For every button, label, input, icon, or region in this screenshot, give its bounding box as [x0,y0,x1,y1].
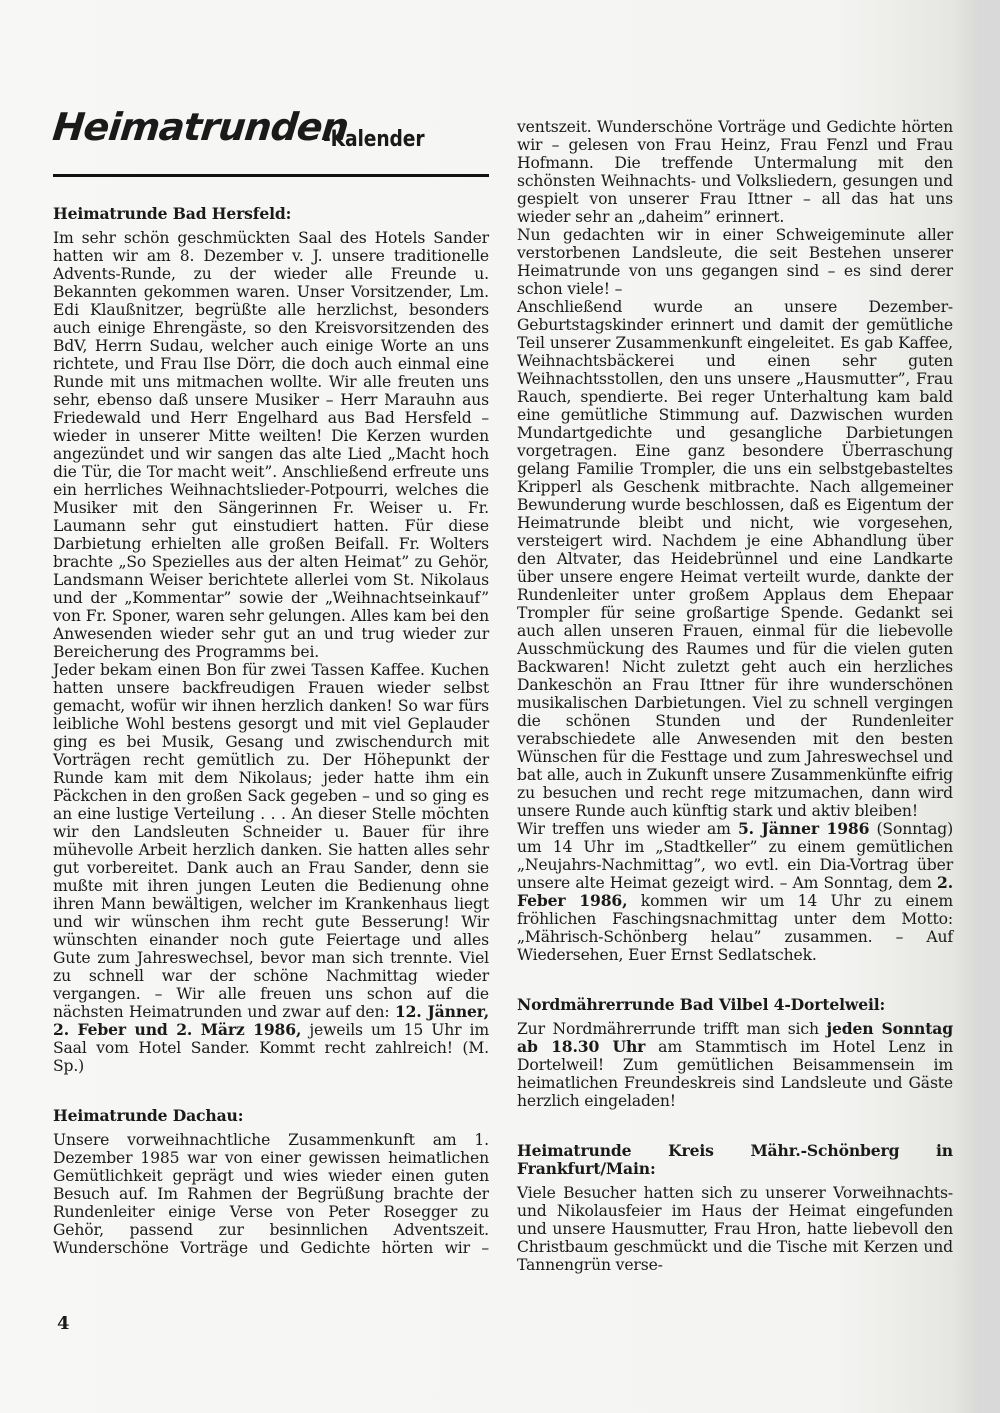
article-paragraph: Zur Nordmährerrunde trifft man sich jede… [517,1020,953,1110]
article-paragraph: Anschließend wurde an unsere Dezember-Ge… [517,298,953,820]
article-paragraph: Im sehr schön geschmückten Saal des Hote… [53,229,489,661]
masthead-script-title: Heimatrunden [52,118,349,136]
masthead: Heimatrunden -Kalender [53,114,489,177]
article-paragraph: Jeder bekam einen Bon für zwei Tassen Ka… [53,661,489,1075]
date-emphasis: 5. Jänner 1986 [738,819,869,838]
section-heading-dachau: Heimatrunde Dachau: [53,1107,489,1125]
section-heading-bad-vilbel: Nordmährerrunde Bad Vilbel 4-Dortelweil: [517,996,953,1014]
section-heading-frankfurt: Heimatrunde Kreis Mähr.-Schönberg in Fra… [517,1142,953,1178]
article-paragraph: Viele Besucher hatten sich zu unserer Vo… [517,1184,953,1274]
article-paragraph: Unsere vorweihnachtliche Zusammenkunft a… [53,1131,489,1257]
left-column: Heimatrunden -Kalender Heimatrunde Bad H… [53,114,489,1257]
page-number: 4 [57,1313,70,1334]
right-column: ventszeit. Wunderschöne Vorträge und Ged… [517,118,953,1274]
section-heading-bad-hersfeld: Heimatrunde Bad Hersfeld: [53,205,489,223]
newsletter-page: Heimatrunden -Kalender Heimatrunde Bad H… [0,0,980,1413]
masthead-block-title: -Kalender [323,131,424,149]
article-paragraph: Nun gedachten wir in einer Schweigeminut… [517,226,953,298]
article-paragraph-continued: ventszeit. Wunderschöne Vorträge und Ged… [517,118,953,226]
article-paragraph: Wir treffen uns wieder am 5. Jänner 1986… [517,820,953,964]
